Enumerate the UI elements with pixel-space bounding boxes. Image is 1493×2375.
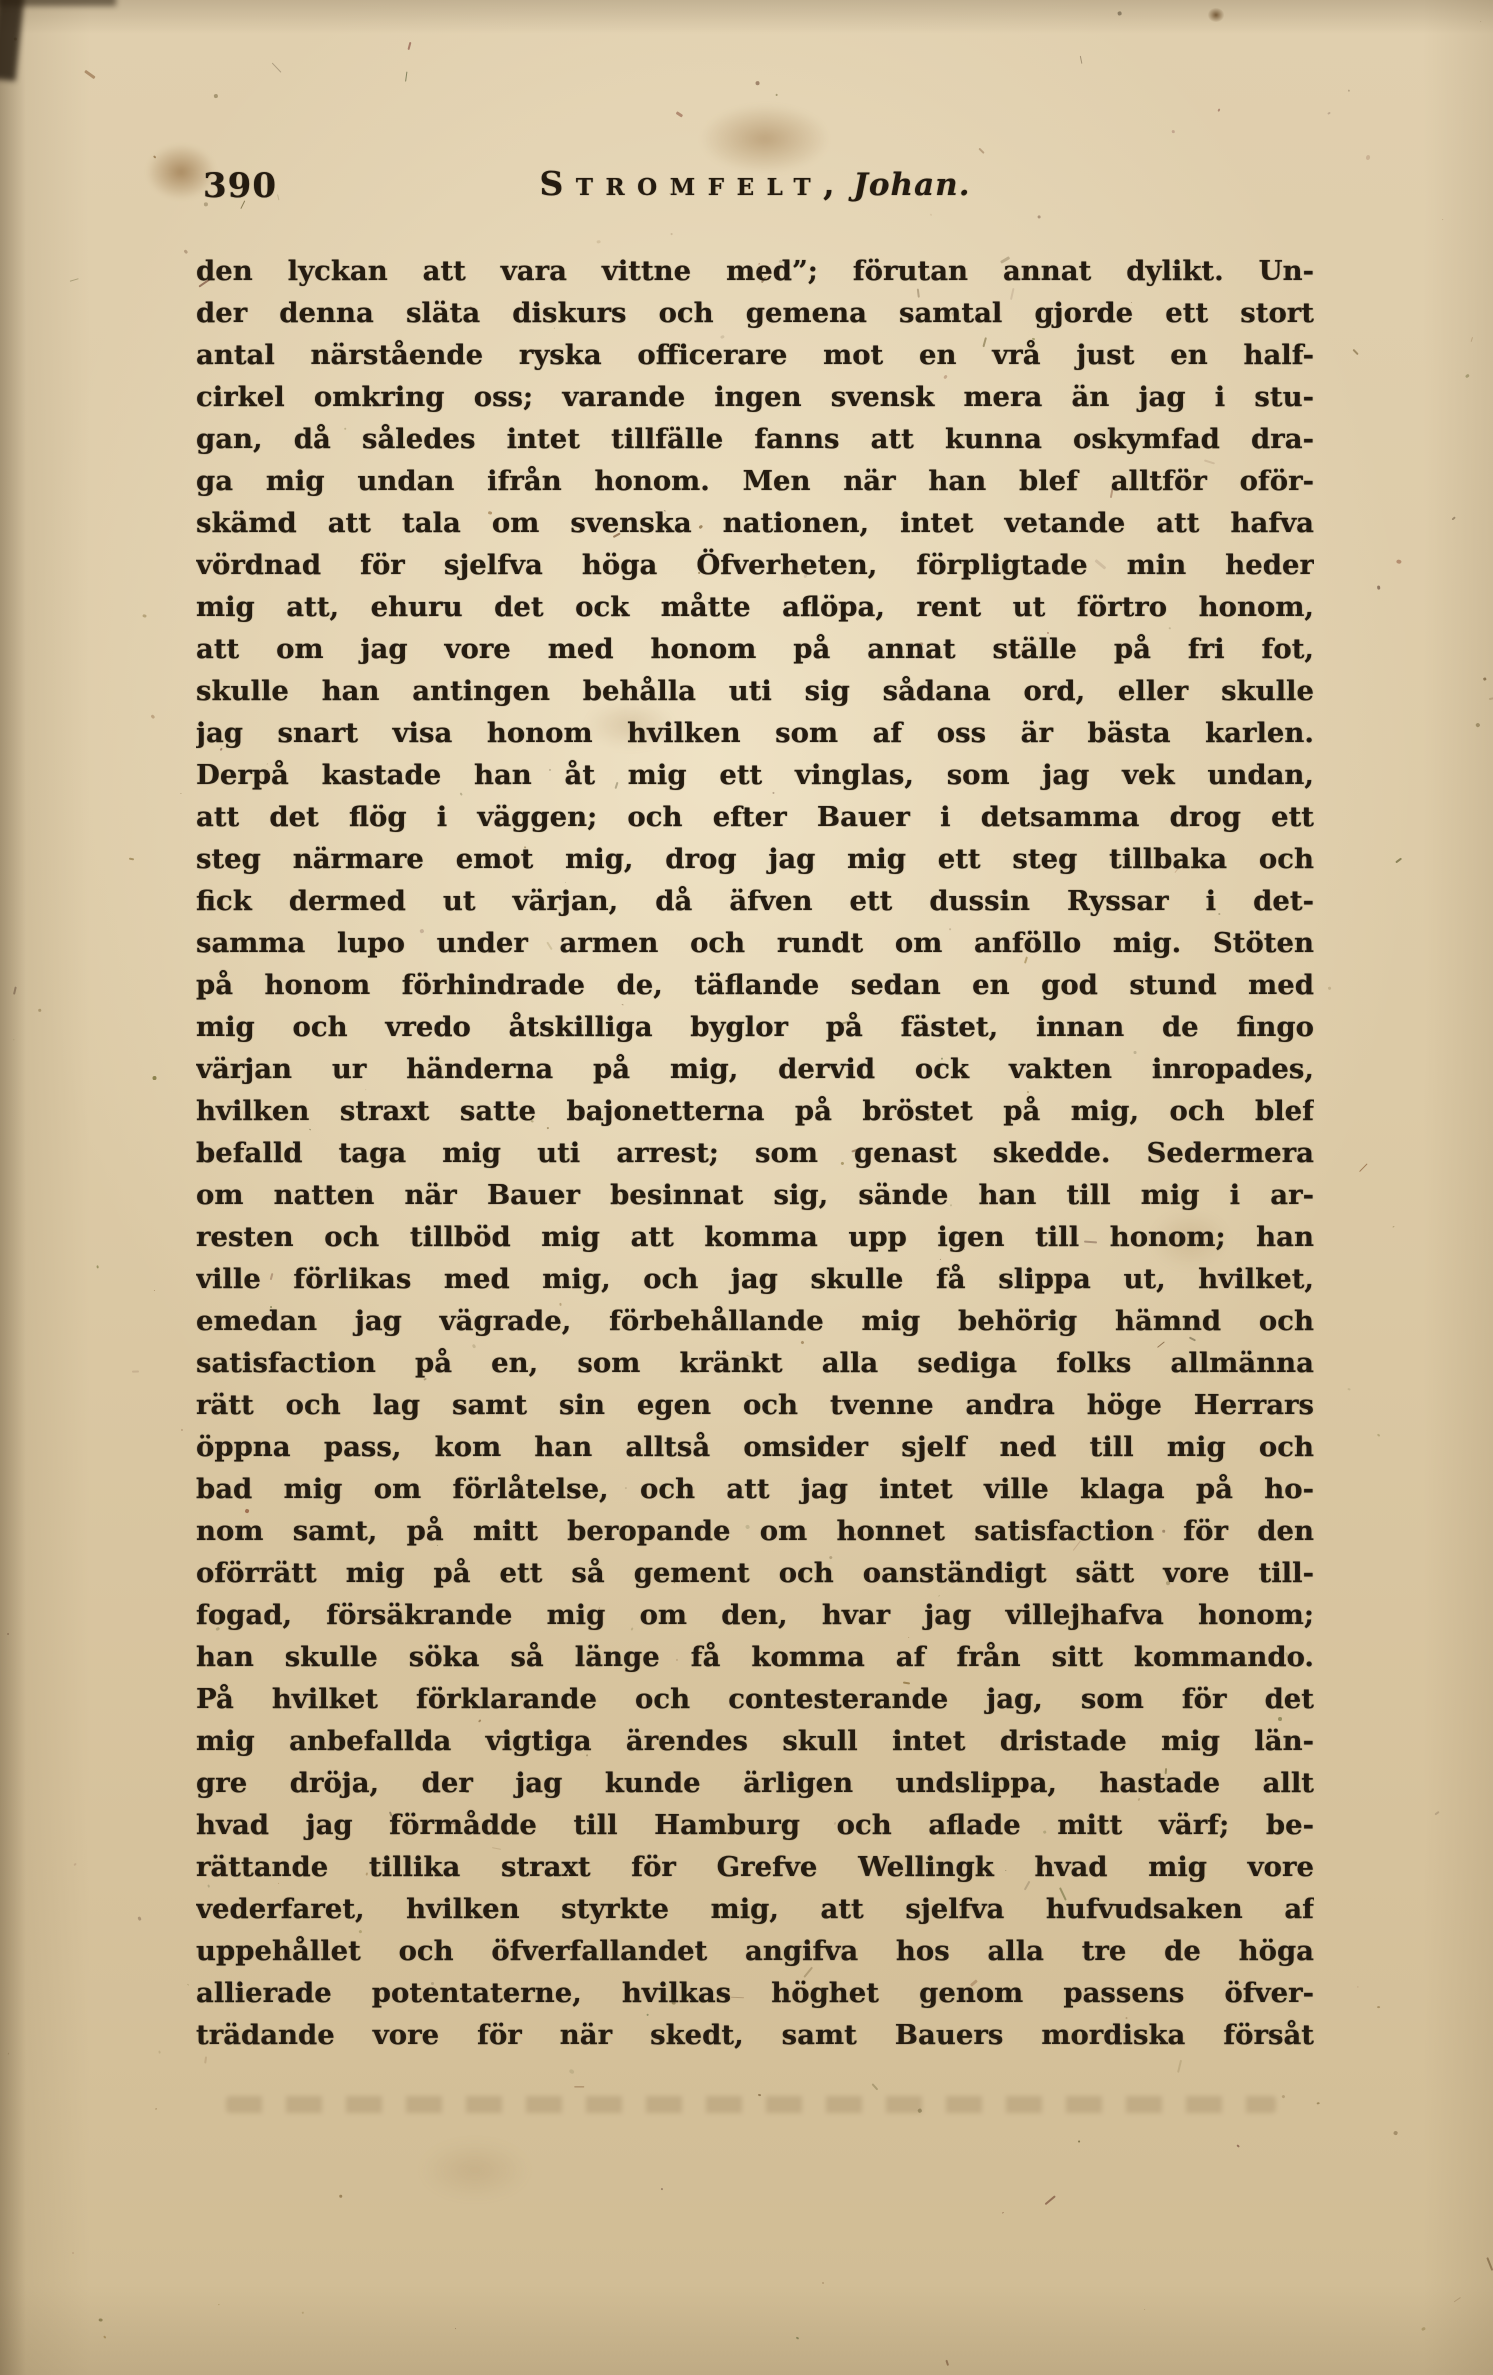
text-line: oförrätt mig på ett så gement och oanstä… bbox=[196, 1552, 1314, 1594]
text-line: öppna pass, kom han alltså omsider sjelf… bbox=[196, 1426, 1314, 1468]
text-line: trädande vore för när skedt, samt Bauers… bbox=[196, 2014, 1314, 2056]
text-line: Derpå kastade han åt mig ett vinglas, so… bbox=[196, 754, 1314, 796]
body-text-block: den lyckan att vara vittne med”; förutan… bbox=[196, 250, 1314, 2056]
text-line: ga mig undan ifrån honom. Men när han bl… bbox=[196, 460, 1314, 502]
text-line: på honom förhindrade de, täflande sedan … bbox=[196, 964, 1314, 1006]
text-line: gan, då således intet tillfälle fanns at… bbox=[196, 418, 1314, 460]
text-line: På hvilket förklarande och contesterande… bbox=[196, 1678, 1314, 1720]
text-line: hvilken straxt satte bajonetterna på brö… bbox=[196, 1090, 1314, 1132]
text-line: vördnad för sjelfva höga Öfverheten, för… bbox=[196, 544, 1314, 586]
text-line: värjan ur händerna på mig, dervid ock va… bbox=[196, 1048, 1314, 1090]
foxing-stain bbox=[420, 2140, 530, 2200]
text-line: vederfaret, hvilken styrkte mig, att sje… bbox=[196, 1888, 1314, 1930]
text-line: allierade potentaterne, hvilkas höghet g… bbox=[196, 1972, 1314, 2014]
text-line: han skulle söka så länge få komma af frå… bbox=[196, 1636, 1314, 1678]
text-line: att om jag vore med honom på annat ställ… bbox=[196, 628, 1314, 670]
text-line: bad mig om förlåtelse, och att jag intet… bbox=[196, 1468, 1314, 1510]
text-line: ville förlikas med mig, och jag skulle f… bbox=[196, 1258, 1314, 1300]
text-line: hvad jag förmådde till Hamburg och aflad… bbox=[196, 1804, 1314, 1846]
text-line: jag snart visa honom hvilken som af oss … bbox=[196, 712, 1314, 754]
text-line: emedan jag vägrade, förbehållande mig be… bbox=[196, 1300, 1314, 1342]
text-line: satisfaction på en, som kränkt alla sedi… bbox=[196, 1342, 1314, 1384]
text-line: mig anbefallda vigtiga ärendes skull int… bbox=[196, 1720, 1314, 1762]
header-surname: Stromfelt, bbox=[539, 164, 847, 203]
text-line: mig och vredo åtskilliga byglor på fäste… bbox=[196, 1006, 1314, 1048]
text-line: samma lupo under armen och rundt om anfö… bbox=[196, 922, 1314, 964]
text-line: om natten när Bauer besinnat sig, sände … bbox=[196, 1174, 1314, 1216]
text-line: gre dröja, der jag kunde ärligen undslip… bbox=[196, 1762, 1314, 1804]
text-line: rätt och lag samt sin egen och tvenne an… bbox=[196, 1384, 1314, 1426]
text-line: skulle han antingen behålla uti sig såda… bbox=[196, 670, 1314, 712]
text-line: rättande tillika straxt för Grefve Welli… bbox=[196, 1846, 1314, 1888]
text-line: nom samt, på mitt beropande om honnet sa… bbox=[196, 1510, 1314, 1552]
text-line: antal närstående ryska officerare mot en… bbox=[196, 334, 1314, 376]
header-given-name: Johan. bbox=[853, 167, 970, 203]
binding-shadow bbox=[0, 0, 25, 81]
foxing-stain bbox=[1208, 8, 1224, 22]
text-line: der denna släta diskurs och gemena samta… bbox=[196, 292, 1314, 334]
text-line: steg närmare emot mig, drog jag mig ett … bbox=[196, 838, 1314, 880]
text-line: befalld taga mig uti arrest; som genast … bbox=[196, 1132, 1314, 1174]
text-line: cirkel omkring oss; varande ingen svensk… bbox=[196, 376, 1314, 418]
text-line: uppehållet och öfverfallandet angifva ho… bbox=[196, 1930, 1314, 1972]
text-line: fogad, försäkrande mig om den, hvar jag … bbox=[196, 1594, 1314, 1636]
text-line: mig att, ehuru det ock måtte aflöpa, ren… bbox=[196, 586, 1314, 628]
running-head: Stromfelt,Johan. bbox=[196, 164, 1314, 203]
text-line: fick dermed ut värjan, då äfven ett duss… bbox=[196, 880, 1314, 922]
text-line: den lyckan att vara vittne med”; förutan… bbox=[196, 250, 1314, 292]
binding-shadow bbox=[0, 0, 116, 6]
scanned-book-page: { "page": { "number": "390", "header": {… bbox=[0, 0, 1493, 2375]
text-line: skämd att tala om svenska nationen, inte… bbox=[196, 502, 1314, 544]
text-line: resten och tillböd mig att komma upp ige… bbox=[196, 1216, 1314, 1258]
text-line: att det flög i väggen; och efter Bauer i… bbox=[196, 796, 1314, 838]
verso-show-through bbox=[226, 2096, 1276, 2113]
